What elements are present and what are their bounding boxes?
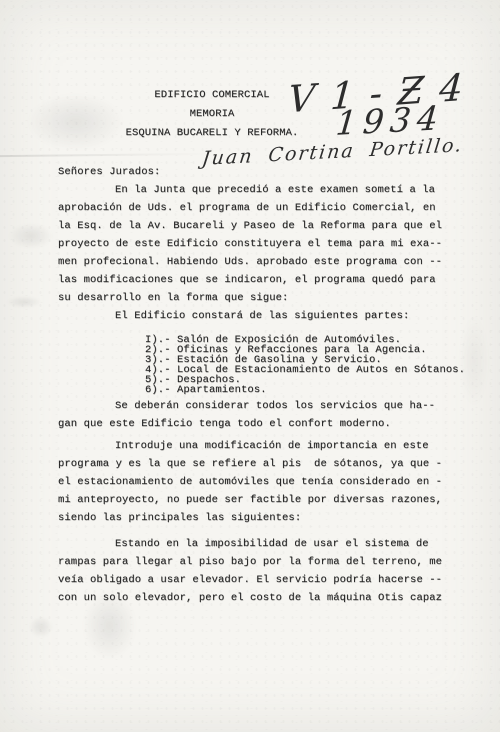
text-line: el estacionamiento de automóviles que te… [58, 473, 458, 491]
text-line: las modificaciones que se indicaron, el … [58, 271, 458, 289]
scan-smudge [0, 218, 62, 254]
document-subtitle-location: ESQUINA BUCARELI Y REFORMA. [70, 124, 354, 143]
list-item-line: 6).- Apartamientos. [145, 385, 458, 395]
text-line: Estando en la imposibilidad de usar el s… [58, 535, 458, 553]
scan-streak [0, 153, 212, 157]
paragraph-services: Se deberán considerar todos los servicio… [58, 397, 458, 433]
text-line: men profecional. Habiendo Uds. aprobado … [58, 253, 458, 271]
document-body: Señores Jurados: En la Junta que precedi… [58, 163, 458, 607]
text-line: veía obligado a usar elevador. El servic… [58, 571, 458, 589]
text-line: su desarrollo en la forma que sigue: [58, 289, 458, 307]
text-line: proyecto de este Edificio constituyera e… [58, 235, 458, 253]
scan-smudge [24, 612, 58, 642]
text-line: Introduje una modificación de importanci… [58, 437, 458, 455]
text-line: la Esq. de la Av. Bucareli y Paseo de la… [58, 217, 458, 235]
paragraph-elevator: Estando en la imposibilidad de usar el s… [58, 535, 458, 607]
text-line: Se deberán considerar todos los servicio… [58, 397, 458, 415]
salutation: Señores Jurados: [58, 163, 458, 181]
text-line: El Edificio constará de las siguientes p… [58, 307, 458, 325]
text-line: siendo las principales las siguientes: [58, 509, 458, 527]
text-line: rampas para llegar al piso bajo por la f… [58, 553, 458, 571]
paragraph-building-parts-lead: El Edificio constará de las siguientes p… [58, 307, 458, 325]
text-line: aprobación de Uds. el programa de un Edi… [58, 199, 458, 217]
paragraph-modification: Introduje una modificación de importanci… [58, 437, 458, 527]
text-line: programa y es la que se refiere al pis d… [58, 455, 458, 473]
text-line: En la Junta que precedió a este examen s… [58, 181, 458, 199]
text-line: gan que este Edificio tenga todo el conf… [58, 415, 458, 433]
text-line: mi anteproyecto, no puede ser factible p… [58, 491, 458, 509]
text-line: con un solo elevador, pero el costo de l… [58, 589, 458, 607]
scan-smudge [452, 296, 496, 426]
paragraph-intro: En la Junta que precedió a este examen s… [58, 181, 458, 307]
building-parts-list: I).- Salón de Exposición de Automóviles.… [145, 335, 458, 395]
scanned-document-page: EDIFICIO COMERCIAL MEMORIA ESQUINA BUCAR… [0, 0, 500, 732]
scan-smudge [0, 294, 48, 310]
